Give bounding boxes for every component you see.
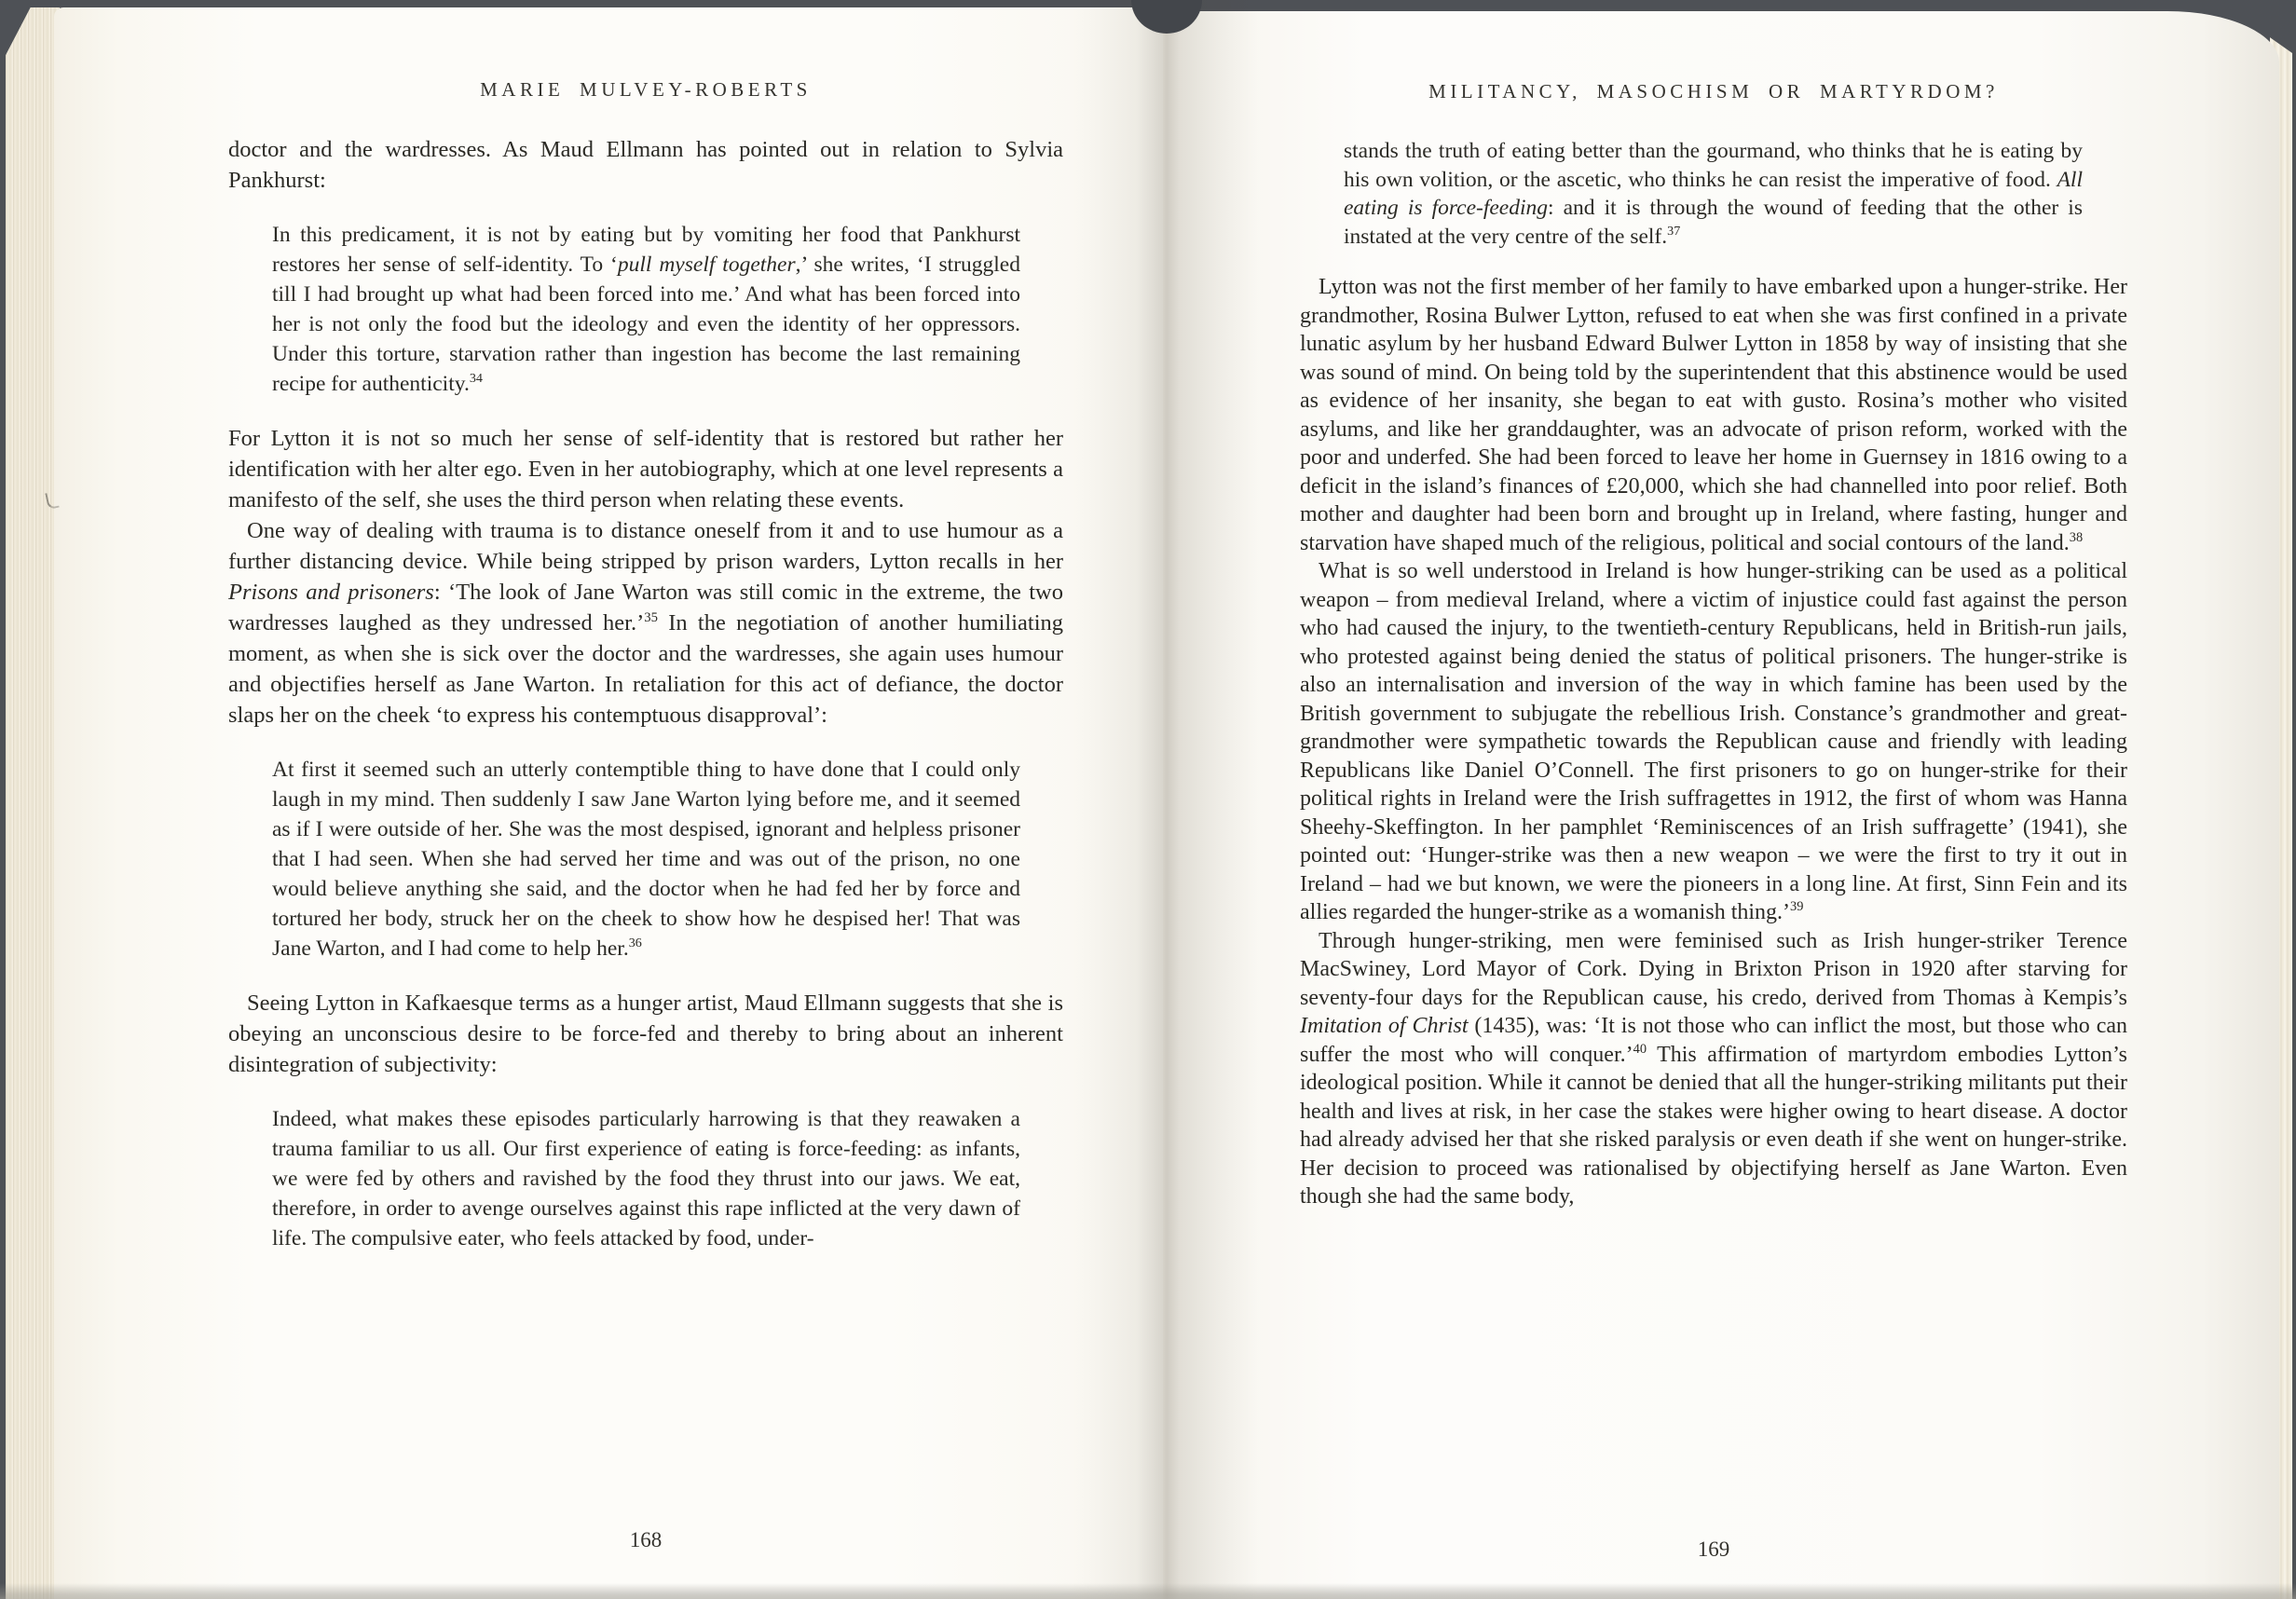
left-page-text-column: doctor and the wardresses. As Maud Ellma…: [228, 134, 1063, 1278]
footnote-reference: 34: [470, 371, 483, 386]
page-edge-stack-left: [6, 7, 60, 1599]
block-quote: At first it seemed such an utterly conte…: [272, 755, 1020, 963]
block-quote: stands the truth of eating better than t…: [1344, 137, 2083, 251]
text-run: What is so well understood in Ireland is…: [1300, 559, 2127, 924]
footnote-reference: 40: [1633, 1042, 1647, 1057]
paragraph: What is so well understood in Ireland is…: [1300, 557, 2127, 927]
text-run: Indeed, what makes these episodes partic…: [272, 1107, 1020, 1250]
text-run: doctor and the wardresses. As Maud Ellma…: [228, 137, 1063, 193]
italic-text-run: Prisons and prisoners: [228, 580, 434, 605]
text-run: For Lytton it is not so much her sense o…: [228, 426, 1063, 512]
book-spread-scan: MARIE MULVEY-ROBERTS doctor and the ward…: [0, 0, 2296, 1599]
block-quote: In this predicament, it is not by eating…: [272, 220, 1020, 399]
paragraph: Through hunger-striking, men were femini…: [1300, 927, 2127, 1211]
footnote-reference: 38: [2070, 530, 2083, 545]
paragraph: Lytton was not the first member of her f…: [1300, 273, 2127, 557]
left-page: MARIE MULVEY-ROBERTS doctor and the ward…: [54, 7, 1163, 1599]
paragraph: doctor and the wardresses. As Maud Ellma…: [228, 134, 1063, 196]
footnote-reference: 35: [644, 610, 658, 625]
footnote-reference: 39: [1790, 899, 1803, 914]
running-head-chapter-title: MILITANCY, MASOCHISM OR MARTYRDOM?: [1300, 80, 2127, 103]
italic-text-run: Imitation of Christ: [1300, 1014, 1469, 1038]
text-run: One way of dealing with trauma is to dis…: [228, 518, 1063, 574]
right-page-text-column: stands the truth of eating better than t…: [1300, 137, 2127, 1211]
text-run: stands the truth of eating better than t…: [1344, 139, 2083, 192]
text-run: At first it seemed such an utterly conte…: [272, 758, 1020, 961]
italic-text-run: pull myself together: [618, 253, 796, 277]
footnote-reference: 37: [1667, 224, 1680, 239]
page-number-left: 168: [228, 1528, 1063, 1552]
text-run: This affirmation of martyrdom embodies L…: [1300, 1043, 2127, 1209]
block-quote: Indeed, what makes these episodes partic…: [272, 1104, 1020, 1253]
right-page: MILITANCY, MASOCHISM OR MARTYRDOM? stand…: [1163, 11, 2279, 1599]
text-run: Lytton was not the first member of her f…: [1300, 275, 2127, 555]
footnote-reference: 36: [629, 936, 642, 950]
paragraph: Seeing Lytton in Kafkaesque terms as a h…: [228, 988, 1063, 1080]
page-number-right: 169: [1300, 1537, 2127, 1562]
paragraph: One way of dealing with trauma is to dis…: [228, 515, 1063, 731]
running-head-author: MARIE MULVEY-ROBERTS: [228, 78, 1063, 102]
text-run: Seeing Lytton in Kafkaesque terms as a h…: [228, 991, 1063, 1077]
text-run: Through hunger-striking, men were femini…: [1300, 929, 2127, 1010]
paragraph: For Lytton it is not so much her sense o…: [228, 423, 1063, 515]
